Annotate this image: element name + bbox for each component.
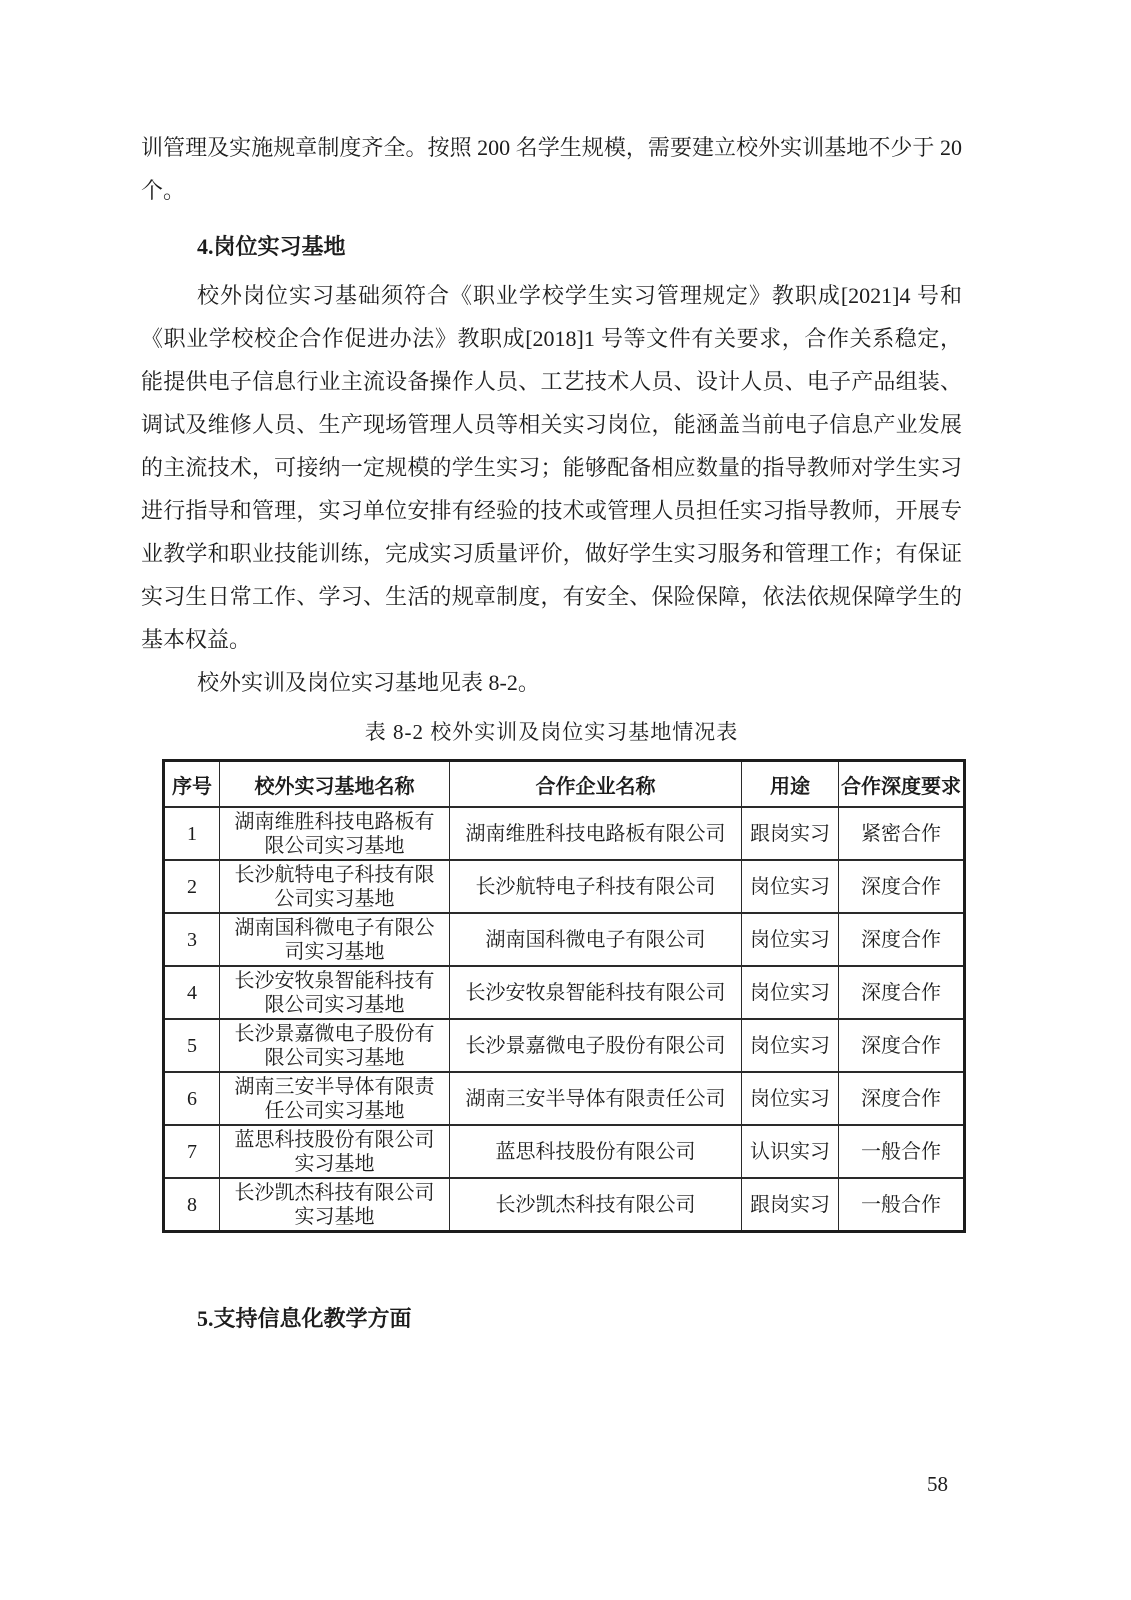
cell-company-name: 长沙凯杰科技有限公司 bbox=[450, 1178, 742, 1232]
cell-cooperation-depth: 深度合作 bbox=[839, 966, 965, 1019]
cell-index: 7 bbox=[164, 1125, 220, 1178]
paragraph-post-requirements: 校外岗位实习基础须符合《职业学校学生实习管理规定》教职成[2021]4 号和《职… bbox=[141, 274, 962, 661]
cell-company-name: 湖南三安半导体有限责任公司 bbox=[450, 1072, 742, 1125]
cell-index: 1 bbox=[164, 807, 220, 860]
cell-index: 8 bbox=[164, 1178, 220, 1232]
cell-index: 2 bbox=[164, 860, 220, 913]
internship-base-table: 序号 校外实习基地名称 合作企业名称 用途 合作深度要求 1 湖南维胜科技电路板… bbox=[162, 759, 966, 1233]
cell-base-name: 长沙航特电子科技有限公司实习基地 bbox=[220, 860, 450, 913]
header-合作深度要求: 合作深度要求 bbox=[839, 761, 965, 808]
cell-index: 5 bbox=[164, 1019, 220, 1072]
table-row: 8 长沙凯杰科技有限公司实习基地 长沙凯杰科技有限公司 跟岗实习 一般合作 bbox=[164, 1178, 965, 1232]
cell-base-name: 长沙凯杰科技有限公司实习基地 bbox=[220, 1178, 450, 1232]
header-序号: 序号 bbox=[164, 761, 220, 808]
cell-company-name: 蓝思科技股份有限公司 bbox=[450, 1125, 742, 1178]
cell-company-name: 长沙景嘉微电子股份有限公司 bbox=[450, 1019, 742, 1072]
cell-purpose: 跟岗实习 bbox=[742, 1178, 839, 1232]
cell-company-name: 湖南维胜科技电路板有限公司 bbox=[450, 807, 742, 860]
header-校外实习基地名称: 校外实习基地名称 bbox=[220, 761, 450, 808]
cell-purpose: 岗位实习 bbox=[742, 860, 839, 913]
cell-base-name: 长沙安牧泉智能科技有限公司实习基地 bbox=[220, 966, 450, 1019]
header-合作企业名称: 合作企业名称 bbox=[450, 761, 742, 808]
table-header-row: 序号 校外实习基地名称 合作企业名称 用途 合作深度要求 bbox=[164, 761, 965, 808]
cell-purpose: 岗位实习 bbox=[742, 966, 839, 1019]
table-row: 7 蓝思科技股份有限公司实习基地 蓝思科技股份有限公司 认识实习 一般合作 bbox=[164, 1125, 965, 1178]
cell-purpose: 岗位实习 bbox=[742, 1072, 839, 1125]
cell-purpose: 认识实习 bbox=[742, 1125, 839, 1178]
document-page: 训管理及实施规章制度齐全。按照 200 名学生规模，需要建立校外实训基地不少于 … bbox=[0, 0, 1131, 1600]
cell-cooperation-depth: 紧密合作 bbox=[839, 807, 965, 860]
cell-purpose: 岗位实习 bbox=[742, 913, 839, 966]
paragraph-intro: 训管理及实施规章制度齐全。按照 200 名学生规模，需要建立校外实训基地不少于 … bbox=[141, 126, 962, 212]
table-row: 3 湖南国科微电子有限公司实习基地 湖南国科微电子有限公司 岗位实习 深度合作 bbox=[164, 913, 965, 966]
header-用途: 用途 bbox=[742, 761, 839, 808]
table-row: 1 湖南维胜科技电路板有限公司实习基地 湖南维胜科技电路板有限公司 跟岗实习 紧… bbox=[164, 807, 965, 860]
cell-base-name: 湖南维胜科技电路板有限公司实习基地 bbox=[220, 807, 450, 860]
table-row: 2 长沙航特电子科技有限公司实习基地 长沙航特电子科技有限公司 岗位实习 深度合… bbox=[164, 860, 965, 913]
table-row: 5 长沙景嘉微电子股份有限公司实习基地 长沙景嘉微电子股份有限公司 岗位实习 深… bbox=[164, 1019, 965, 1072]
cell-index: 6 bbox=[164, 1072, 220, 1125]
cell-base-name: 蓝思科技股份有限公司实习基地 bbox=[220, 1125, 450, 1178]
heading-5-informatization-teaching: 5.支持信息化教学方面 bbox=[197, 1297, 962, 1340]
cell-cooperation-depth: 一般合作 bbox=[839, 1125, 965, 1178]
heading-4-internship-base: 4.岗位实习基地 bbox=[197, 225, 962, 268]
cell-company-name: 长沙安牧泉智能科技有限公司 bbox=[450, 966, 742, 1019]
cell-purpose: 跟岗实习 bbox=[742, 807, 839, 860]
cell-company-name: 湖南国科微电子有限公司 bbox=[450, 913, 742, 966]
cell-cooperation-depth: 一般合作 bbox=[839, 1178, 965, 1232]
table-row: 6 湖南三安半导体有限责任公司实习基地 湖南三安半导体有限责任公司 岗位实习 深… bbox=[164, 1072, 965, 1125]
cell-index: 3 bbox=[164, 913, 220, 966]
cell-cooperation-depth: 深度合作 bbox=[839, 1019, 965, 1072]
cell-index: 4 bbox=[164, 966, 220, 1019]
cell-base-name: 长沙景嘉微电子股份有限公司实习基地 bbox=[220, 1019, 450, 1072]
cell-company-name: 长沙航特电子科技有限公司 bbox=[450, 860, 742, 913]
cell-base-name: 湖南国科微电子有限公司实习基地 bbox=[220, 913, 450, 966]
cell-base-name: 湖南三安半导体有限责任公司实习基地 bbox=[220, 1072, 450, 1125]
page-number: 58 bbox=[927, 1472, 948, 1497]
cell-purpose: 岗位实习 bbox=[742, 1019, 839, 1072]
table-row: 4 长沙安牧泉智能科技有限公司实习基地 长沙安牧泉智能科技有限公司 岗位实习 深… bbox=[164, 966, 965, 1019]
table-caption: 表 8-2 校外实训及岗位实习基地情况表 bbox=[141, 714, 962, 750]
paragraph-table-reference: 校外实训及岗位实习基地见表 8-2。 bbox=[141, 661, 962, 704]
cell-cooperation-depth: 深度合作 bbox=[839, 860, 965, 913]
cell-cooperation-depth: 深度合作 bbox=[839, 913, 965, 966]
cell-cooperation-depth: 深度合作 bbox=[839, 1072, 965, 1125]
